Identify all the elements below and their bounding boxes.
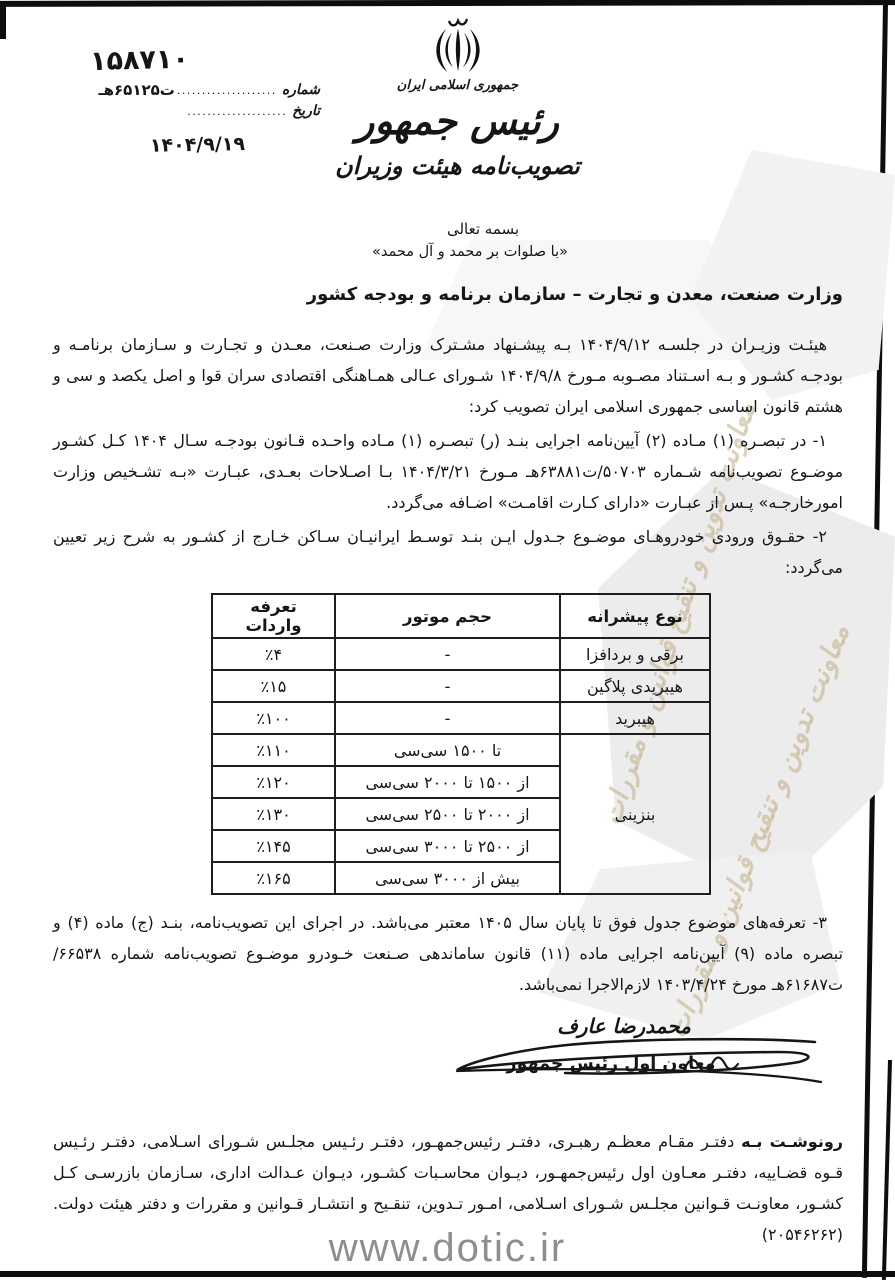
engine-cell: بیش از ۳۰۰۰ سی‌سی: [335, 862, 560, 894]
table-header-row: نوع پیشرانه حجم موتور تعرفه واردات: [212, 594, 710, 638]
engine-cell: از ۱۵۰۰ تا ۲۰۰۰ سی‌سی: [335, 766, 560, 798]
country-name: جمهوری اسلامی ایران: [325, 78, 590, 93]
engine-cell: از ۲۵۰۰ تا ۳۰۰۰ سی‌سی: [335, 830, 560, 862]
engine-cell: -: [335, 702, 560, 734]
addressee-heading: وزارت صنعت، معدن و تجارت – سازمان برنامه…: [53, 284, 843, 305]
scan-edge-bottom: [0, 1271, 895, 1277]
table-row: برقی و بردافزا - ٪۴: [212, 638, 710, 670]
tariff-cell: ٪۱۳۰: [212, 798, 335, 830]
tariff-cell: ٪۱۲۰: [212, 766, 335, 798]
tariff-cell: ٪۱۰۰: [212, 702, 335, 734]
column-header-import-tariff: تعرفه واردات: [212, 594, 335, 638]
handwritten-registration-number: ۱۵۸۷۱۰: [90, 42, 251, 77]
date-label: تاریخ: [292, 103, 320, 119]
propulsion-cell: هیبرید: [560, 702, 710, 734]
engine-cell: -: [335, 638, 560, 670]
cc-prefix: رونوشـت بـه: [741, 1132, 843, 1151]
intro-paragraph: هیئـت وزیـران در جلسـه ۱۴۰۴/۹/۱۲ بـه پیش…: [53, 329, 843, 422]
engine-cell: از ۲۰۰۰ تا ۲۵۰۰ سی‌سی: [335, 798, 560, 830]
scan-edge-top: [0, 0, 895, 7]
clause-2-paragraph: ۲- حقـوق ورودی خودروهـای موضـوع جـدول ای…: [53, 521, 843, 583]
column-header-propulsion-type: نوع پیشرانه: [560, 594, 710, 638]
clause-1-paragraph: ۱- در تبصـره (۱) مـاده (۲) آیین‌نامه اجر…: [53, 425, 843, 518]
scan-edge-left-tick: [0, 3, 6, 39]
signature-block: محمدرضا عارف معاون اول رئیس جمهور: [449, 1014, 809, 1106]
number-label: شماره: [282, 82, 320, 98]
tariff-cell: ٪۱۶۵: [212, 862, 335, 894]
propulsion-cell: برقی و بردافزا: [560, 638, 710, 670]
bismillah: بسمه تعالی: [88, 220, 878, 238]
document-type-title: تصویب‌نامه هیئت وزیران: [325, 151, 590, 181]
clause-3-paragraph: ۳- تعرفه‌های موضوع جدول فوق تا پایان سال…: [53, 907, 843, 1000]
salutation-line: «با صلوات بر محمد و آل محمد»: [75, 244, 865, 260]
number-dotted-line: ....................: [177, 84, 277, 97]
scanned-decree-page: معاونت تدوین و تنقیح قوانین و مقررات معا…: [0, 0, 895, 1280]
engine-cell: تا ۱۵۰۰ سی‌سی: [335, 734, 560, 766]
signer-title: معاون اول رئیس جمهور: [491, 1054, 731, 1074]
table-row: هیبرید - ٪۱۰۰: [212, 702, 710, 734]
propulsion-cell: هیبریدی پلاگین: [560, 670, 710, 702]
tariff-cell: ٪۱۵: [212, 670, 335, 702]
number-row: شماره .................... ت۶۵۱۲۵هـ: [20, 81, 320, 99]
dotic-site-watermark: www.dotic.ir: [0, 1226, 895, 1271]
iran-emblem-icon: [426, 16, 490, 76]
engine-cell: -: [335, 670, 560, 702]
tariff-cell: ٪۱۱۰: [212, 734, 335, 766]
handwritten-reference-code: ت۶۵۱۲۵هـ: [98, 81, 174, 99]
president-calligraphy: رئیس جمهور: [325, 97, 590, 145]
tariff-cell: ٪۴: [212, 638, 335, 670]
handwritten-date: ۱۴۰۴/۹/۱۹: [20, 133, 245, 159]
date-dotted-line: ....................: [187, 105, 287, 118]
table-row: هیبریدی پلاگین - ٪۱۵: [212, 670, 710, 702]
propulsion-cell-gasoline: بنزینی: [560, 734, 710, 894]
letterhead: جمهوری اسلامی ایران رئیس جمهور تصویب‌نام…: [325, 16, 590, 181]
signer-name: محمدرضا عارف: [509, 1014, 739, 1038]
column-header-engine-volume: حجم موتور: [335, 594, 560, 638]
reference-block: ۱۵۸۷۱۰ شماره .................... ت۶۵۱۲۵…: [20, 44, 320, 157]
table-row: بنزینی تا ۱۵۰۰ سی‌سی ٪۱۱۰: [212, 734, 710, 766]
date-row: تاریخ ....................: [20, 103, 320, 119]
document-body: بسمه تعالی «با صلوات بر محمد و آل محمد» …: [53, 220, 843, 1250]
tariff-cell: ٪۱۴۵: [212, 830, 335, 862]
import-tariff-table: نوع پیشرانه حجم موتور تعرفه واردات برقی …: [211, 593, 711, 895]
